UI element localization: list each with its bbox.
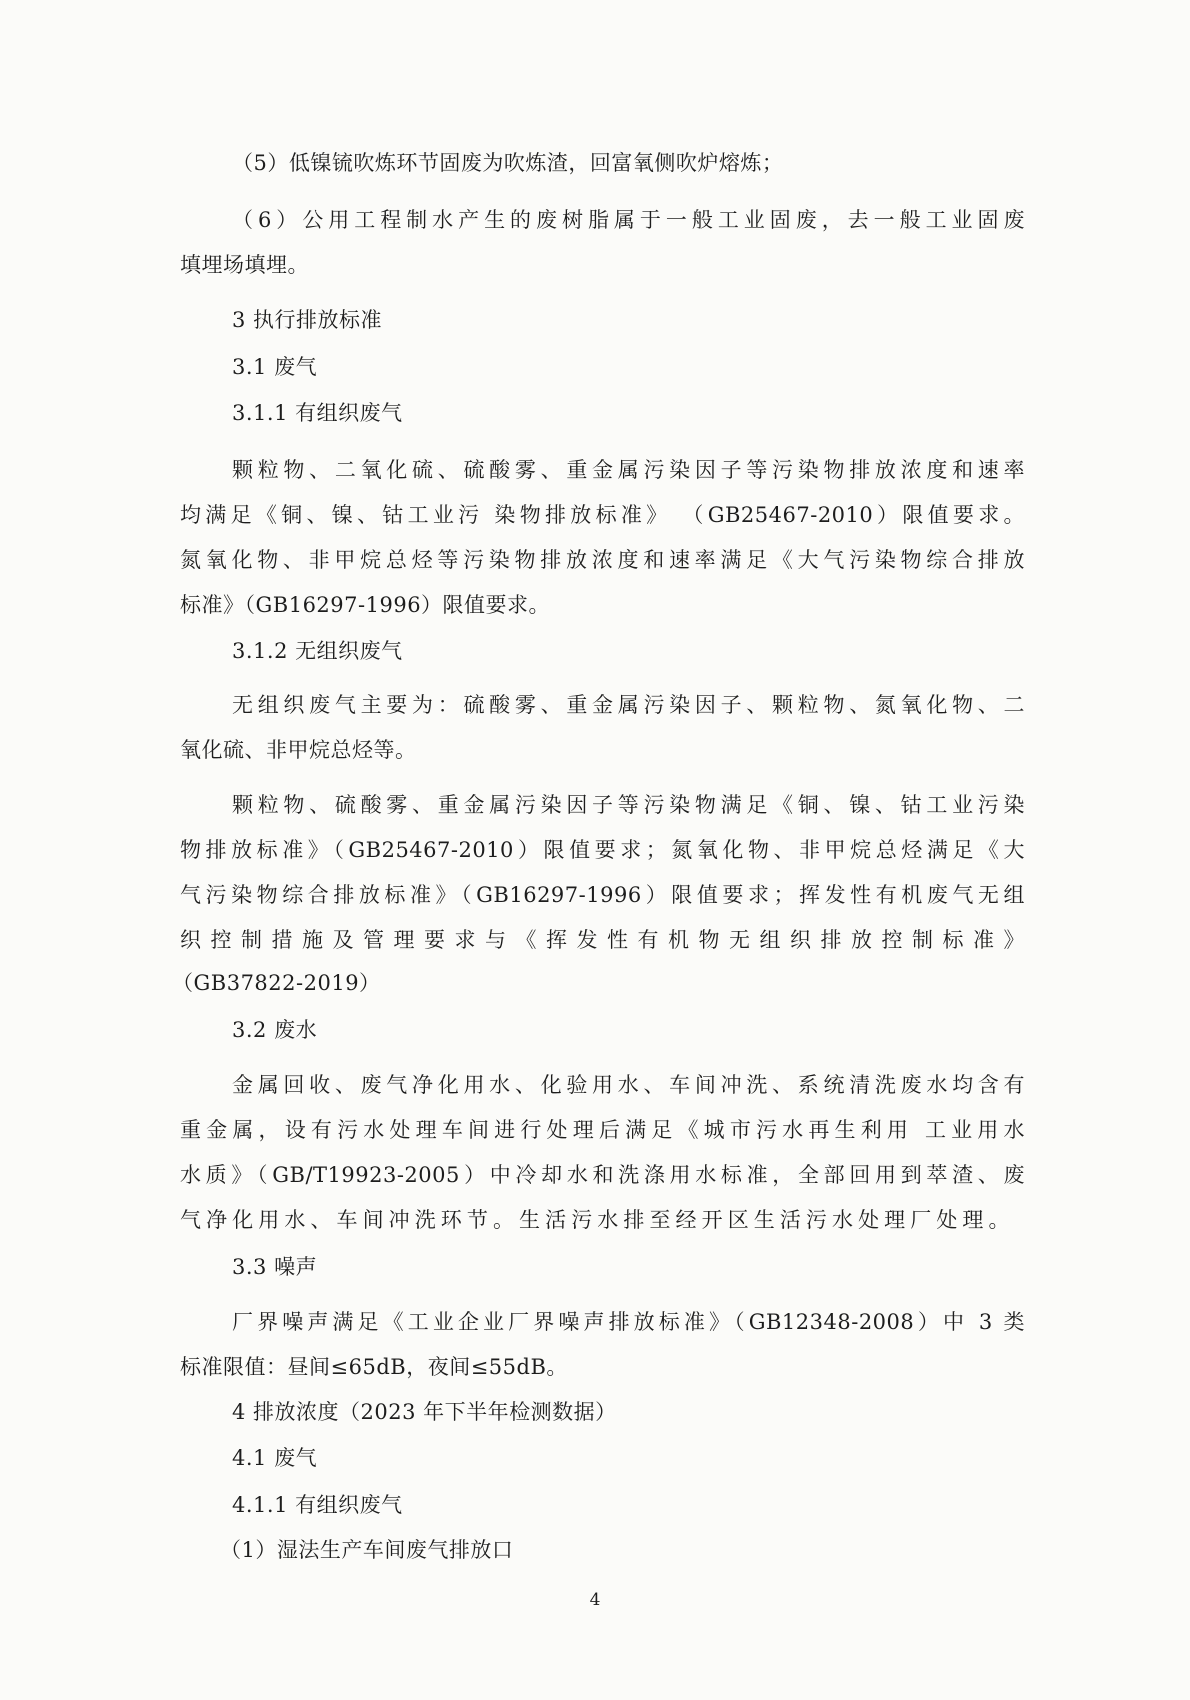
paragraph-line: 金属回收、废气净化用水、化验用水、车间冲洗、系统清洗废水均含有 — [232, 1070, 1025, 1100]
paragraph-line: 物排放标准》（GB25467-2010）限值要求；氮氧化物、非甲烷总烃满足《大 — [180, 835, 1025, 865]
paragraph-line: 标准》（GB16297-1996）限值要求。 — [180, 590, 550, 620]
document-page: （5）低镍锍吹炼环节固废为吹炼渣，回富氧侧吹炉熔炼； （6）公用工程制水产生的废… — [0, 0, 1190, 1700]
paragraph-line: （GB37822-2019） — [172, 968, 381, 998]
heading-section-3: 3 执行排放标准 — [232, 305, 382, 335]
heading-item-1: （1）湿法生产车间废气排放口 — [220, 1535, 513, 1565]
paragraph-line: 织控制措施及管理要求与《挥发性有机物无组织排放控制标准》 — [180, 925, 1025, 955]
page-number: 4 — [0, 1590, 1190, 1610]
paragraph-line: 无组织废气主要为：硫酸雾、重金属污染因子、颗粒物、氮氧化物、二 — [232, 690, 1025, 720]
paragraph-solid-waste-6: （6）公用工程制水产生的废树脂属于一般工业固废，去一般工业固废 — [232, 205, 1025, 235]
paragraph-line: 氧化硫、非甲烷总烃等。 — [180, 735, 417, 765]
paragraph-line: 重金属，设有污水处理车间进行处理后满足《城市污水再生利用 工业用水 — [180, 1115, 1025, 1145]
heading-section-4: 4 排放浓度（2023 年下半年检测数据） — [232, 1397, 617, 1427]
paragraph-solid-waste-5: （5）低镍锍吹炼环节固废为吹炼渣，回富氧侧吹炉熔炼； — [232, 148, 783, 178]
paragraph-line: 厂界噪声满足《工业企业厂界噪声排放标准》（GB12348-2008）中 3 类 — [232, 1307, 1025, 1337]
paragraph-line: 氮氧化物、非甲烷总烃等污染物排放浓度和速率满足《大气污染物综合排放 — [180, 545, 1025, 575]
paragraph-line: 标准限值：昼间≤65dB，夜间≤55dB。 — [180, 1352, 568, 1382]
heading-3-1-2: 3.1.2 无组织废气 — [232, 636, 403, 666]
paragraph-line: 均满足《铜、镍、钴工业污 染物排放标准》 （GB25467-2010）限值要求。 — [180, 500, 1025, 530]
heading-4-1: 4.1 废气 — [232, 1443, 317, 1473]
heading-3-1-1: 3.1.1 有组织废气 — [232, 398, 403, 428]
heading-3-2: 3.2 废水 — [232, 1015, 317, 1045]
paragraph-line: 气净化用水、车间冲洗环节。生活污水排至经开区生活污水处理厂处理。 — [180, 1205, 1010, 1235]
paragraph-line: 颗粒物、硫酸雾、重金属污染因子等污染物满足《铜、镍、钴工业污染 — [232, 790, 1025, 820]
heading-3-1: 3.1 废气 — [232, 352, 317, 382]
paragraph-line: 气污染物综合排放标准》（GB16297-1996）限值要求；挥发性有机废气无组 — [180, 880, 1025, 910]
paragraph-line: 水质》（GB/T19923-2005）中冷却水和洗涤用水标准，全部回用到萃渣、废 — [180, 1160, 1025, 1190]
heading-3-3: 3.3 噪声 — [232, 1252, 317, 1282]
paragraph-line: 填埋场填埋。 — [180, 250, 309, 280]
paragraph-line: 颗粒物、二氧化硫、硫酸雾、重金属污染因子等污染物排放浓度和速率 — [232, 455, 1025, 485]
heading-4-1-1: 4.1.1 有组织废气 — [232, 1490, 403, 1520]
